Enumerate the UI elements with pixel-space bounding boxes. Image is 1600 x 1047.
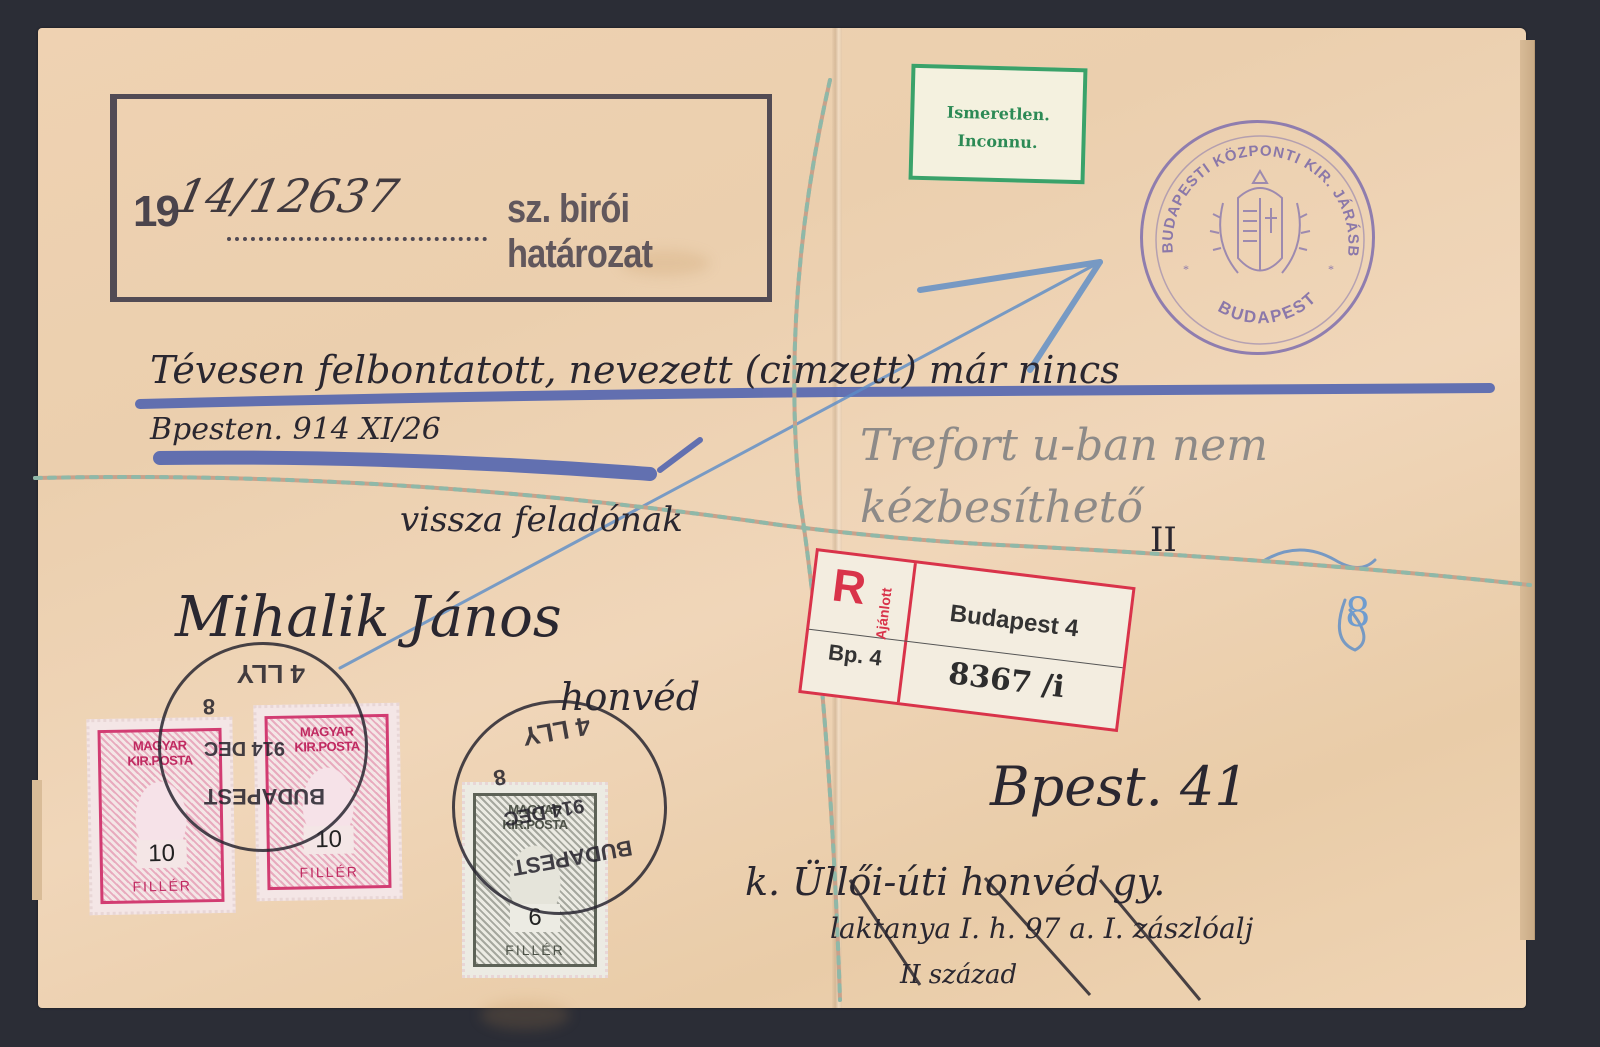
case-number-stamp: 19 14/12637 sz. birói határozat [110,94,772,302]
svg-text:BUDAPESTI KÖZPONTI KIR. JÁRÁSB: BUDAPESTI KÖZPONTI KIR. JÁRÁSBÍRÓSÁG [1143,123,1362,258]
postmark-code: 4 LLY [520,710,593,752]
stamp-label: sz. birói határozat [507,187,731,277]
note-line-1: Tévesen felbontatott, nevezett (cimzett)… [150,348,1120,392]
svg-text:*: * [1183,262,1189,276]
unknown-addressee-label: Ismeretlen. Inconnu. [909,64,1088,185]
note-line-2: Bpesten. 914 XI/26 [150,412,441,447]
city-line: Bpest. 41 [990,755,1249,818]
blue-number: 8 [1345,590,1370,636]
postmark-city: BUDAPEST [204,783,325,809]
paper-stain [480,1000,570,1030]
postmark-city: BUDAPEST [511,834,635,881]
post-office: Budapest 4 [948,600,1080,644]
postmark-number: 8 [203,693,215,719]
addressee-name: Mihalik János [175,585,562,650]
label-line-french: Inconnu. [913,126,1082,158]
stamp-unit: FILLÉR [476,942,594,958]
roman-mark: II [1150,520,1177,560]
registered-side-text: Ajánlott [872,587,894,641]
address-line-3: II század [900,960,1017,990]
svg-text:BUDAPEST: BUDAPEST [1215,288,1321,328]
registration-number: 8367 /i [947,656,1067,705]
stamp-value: 10 [136,840,186,869]
folded-edge-right [1520,40,1535,940]
address-line-2: laktanya I. h. 97 a. I. zászlóalj [830,912,1253,945]
postmark-date: 914 DEC [204,736,285,759]
seal-bottom-text: BUDAPEST [1215,288,1321,328]
stamp-year: 19 [133,187,178,237]
address-line-1: k. Üllői-úti honvéd gy. [745,860,1165,904]
pencil-note-line-2: kézbesíthető [860,482,1143,533]
postmark-date: 914 DEC [502,793,586,830]
stamp-unit: FILLÉR [103,877,221,895]
coat-of-arms-icon: BUDAPESTI KÖZPONTI KIR. JÁRÁSBÍRÓSÁG BUD… [1143,123,1378,358]
return-note: vissza feladónak [400,500,683,540]
postmark: 4 LLY BUDAPEST 914 DEC 8 [158,642,368,852]
office-short: Bp. 4 [827,639,884,671]
stamp-unit: FILLÉR [270,863,388,881]
folded-edge-left [32,780,42,900]
label-divider [897,563,917,702]
court-seal: BUDAPESTI KÖZPONTI KIR. JÁRÁSBÍRÓSÁG BUD… [1140,120,1375,355]
handwritten-case-number: 14/12637 [171,169,403,223]
label-line-hungarian: Ismeretlen. [914,98,1083,130]
postmark-number: 8 [491,763,508,791]
postmark-code: 4 LLY [237,658,305,689]
svg-text:*: * [1328,262,1334,276]
registered-letter: R [829,558,869,616]
dotted-line [227,237,487,241]
seal-top-text: BUDAPESTI KÖZPONTI KIR. JÁRÁSBÍRÓSÁG [1143,123,1362,258]
pencil-note-line-1: Trefort u-ban nem [860,420,1268,471]
